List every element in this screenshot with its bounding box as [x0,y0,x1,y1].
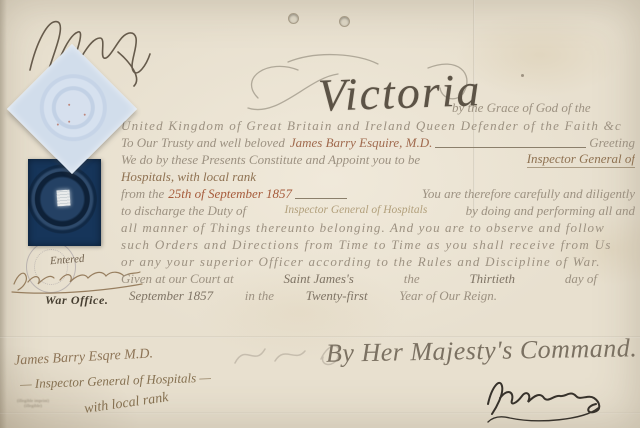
docket-rank: — Inspector General of Hospitals — [20,370,211,393]
body-text: To Our Trusty and well beloved [121,134,285,151]
body-text: Greeting [589,134,635,151]
commission-body: United Kingdom of Great Britain and Irel… [121,117,635,304]
silver-wafer-seal [56,190,70,207]
manuscript-text: Hospitals, with local rank [121,168,256,185]
body-text: You are therefore carefully and diligent… [422,185,635,202]
manuscript-text: Inspector General of Hospitals [285,202,428,219]
red-speck [68,120,71,123]
body-line: or any your superior Officer according t… [121,253,635,270]
body-text: We do by these Presents Constitute and A… [121,151,420,168]
command-line: By Her Majesty's Command. [326,333,638,368]
red-speck [83,113,86,116]
document-scan: Entered War Office. Victoria by the Grac… [0,0,640,428]
body-text: or any your superior Officer according t… [121,254,601,269]
manuscript-text: Inspector General of [527,151,635,168]
red-speck [68,103,71,106]
manuscript-text: Saint James's [284,270,354,287]
body-text: day of [565,270,597,287]
body-line: all manner of Things thereunto belonging… [121,219,635,236]
body-line: Given at our Court at Saint James's the … [121,270,635,287]
docket-name: James Barry Esqre M.D. [14,346,154,369]
body-line: Hospitals, with local rank [121,168,635,185]
ruled-blank [435,139,586,148]
body-line: To Our Trusty and well beloved James Bar… [121,134,635,151]
punch-hole [339,16,350,27]
manuscript-text: Twenty-first [306,287,368,304]
ink-speck [521,74,524,77]
printer-imprint: (illegible imprint) (illegible) [8,398,58,408]
body-text: by doing and performing all and [466,202,635,219]
body-text: in the [245,287,274,304]
body-text: the [404,270,420,287]
document-title: Victoria [317,63,482,122]
body-text: all manner of Things thereunto belonging… [121,220,605,235]
blue-seal-patch [28,159,101,246]
body-line: to discharge the Duty of Inspector Gener… [121,202,635,219]
body-line: such Orders and Directions from Time to … [121,236,635,253]
war-office-label: War Office. [45,293,108,308]
manuscript-date: 25th of September 1857 [168,185,292,202]
body-text: Given at our Court at [121,270,234,287]
body-line: from the 25th of September 1857 You are … [121,185,635,202]
body-text: to discharge the Duty of [121,202,246,219]
manuscript-text: Thirtieth [469,270,515,287]
body-text: from the [121,185,164,202]
red-speck [56,123,59,126]
body-text: such Orders and Directions from Time to … [121,237,612,252]
punch-hole [288,13,299,24]
ruled-blank [295,190,347,199]
manuscript-text: James Barry Esquire, M.D. [290,134,433,151]
manuscript-text: September 1857 [129,287,213,304]
printer-imprint-line: (illegible) [8,403,58,408]
body-line: We do by these Presents Constitute and A… [121,151,635,168]
body-line: September 1857 in the Twenty-first Year … [129,287,497,304]
secretary-signature [468,370,636,426]
body-text: Year of Our Reign. [399,287,497,304]
